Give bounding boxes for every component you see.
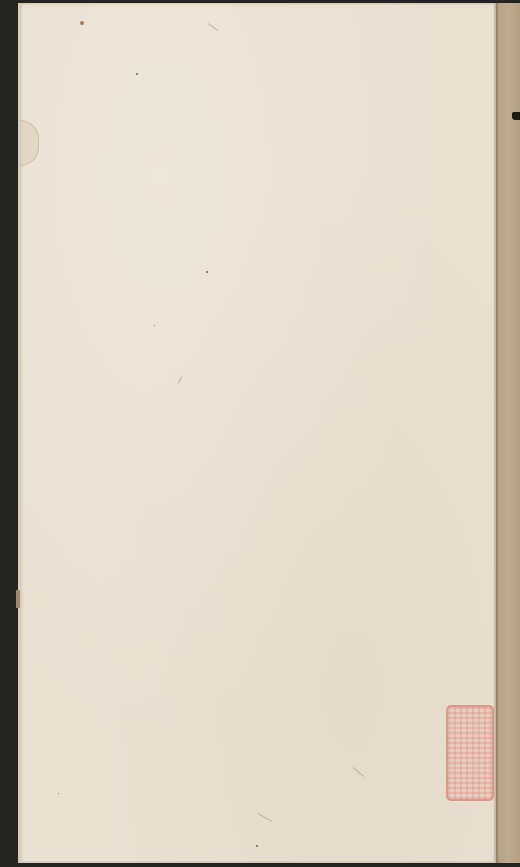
ink-fragment-icon: [512, 112, 520, 120]
paper-fiber: [208, 23, 218, 31]
paper-fiber: [258, 813, 272, 822]
paper-speck: [58, 793, 59, 794]
scan-background: [0, 0, 520, 867]
adjacent-page-edge: [496, 3, 520, 863]
paper-speck: [136, 73, 138, 75]
paper-fiber: [178, 376, 183, 383]
paper-speck: [154, 325, 155, 326]
blank-book-page: [18, 3, 496, 863]
paper-speck: [256, 845, 258, 847]
paper-speck: [206, 271, 208, 273]
paper-speck: [80, 21, 84, 25]
binding-mark: [16, 590, 20, 608]
paper-fiber: [353, 767, 364, 777]
red-seal-stamp: [446, 705, 494, 801]
